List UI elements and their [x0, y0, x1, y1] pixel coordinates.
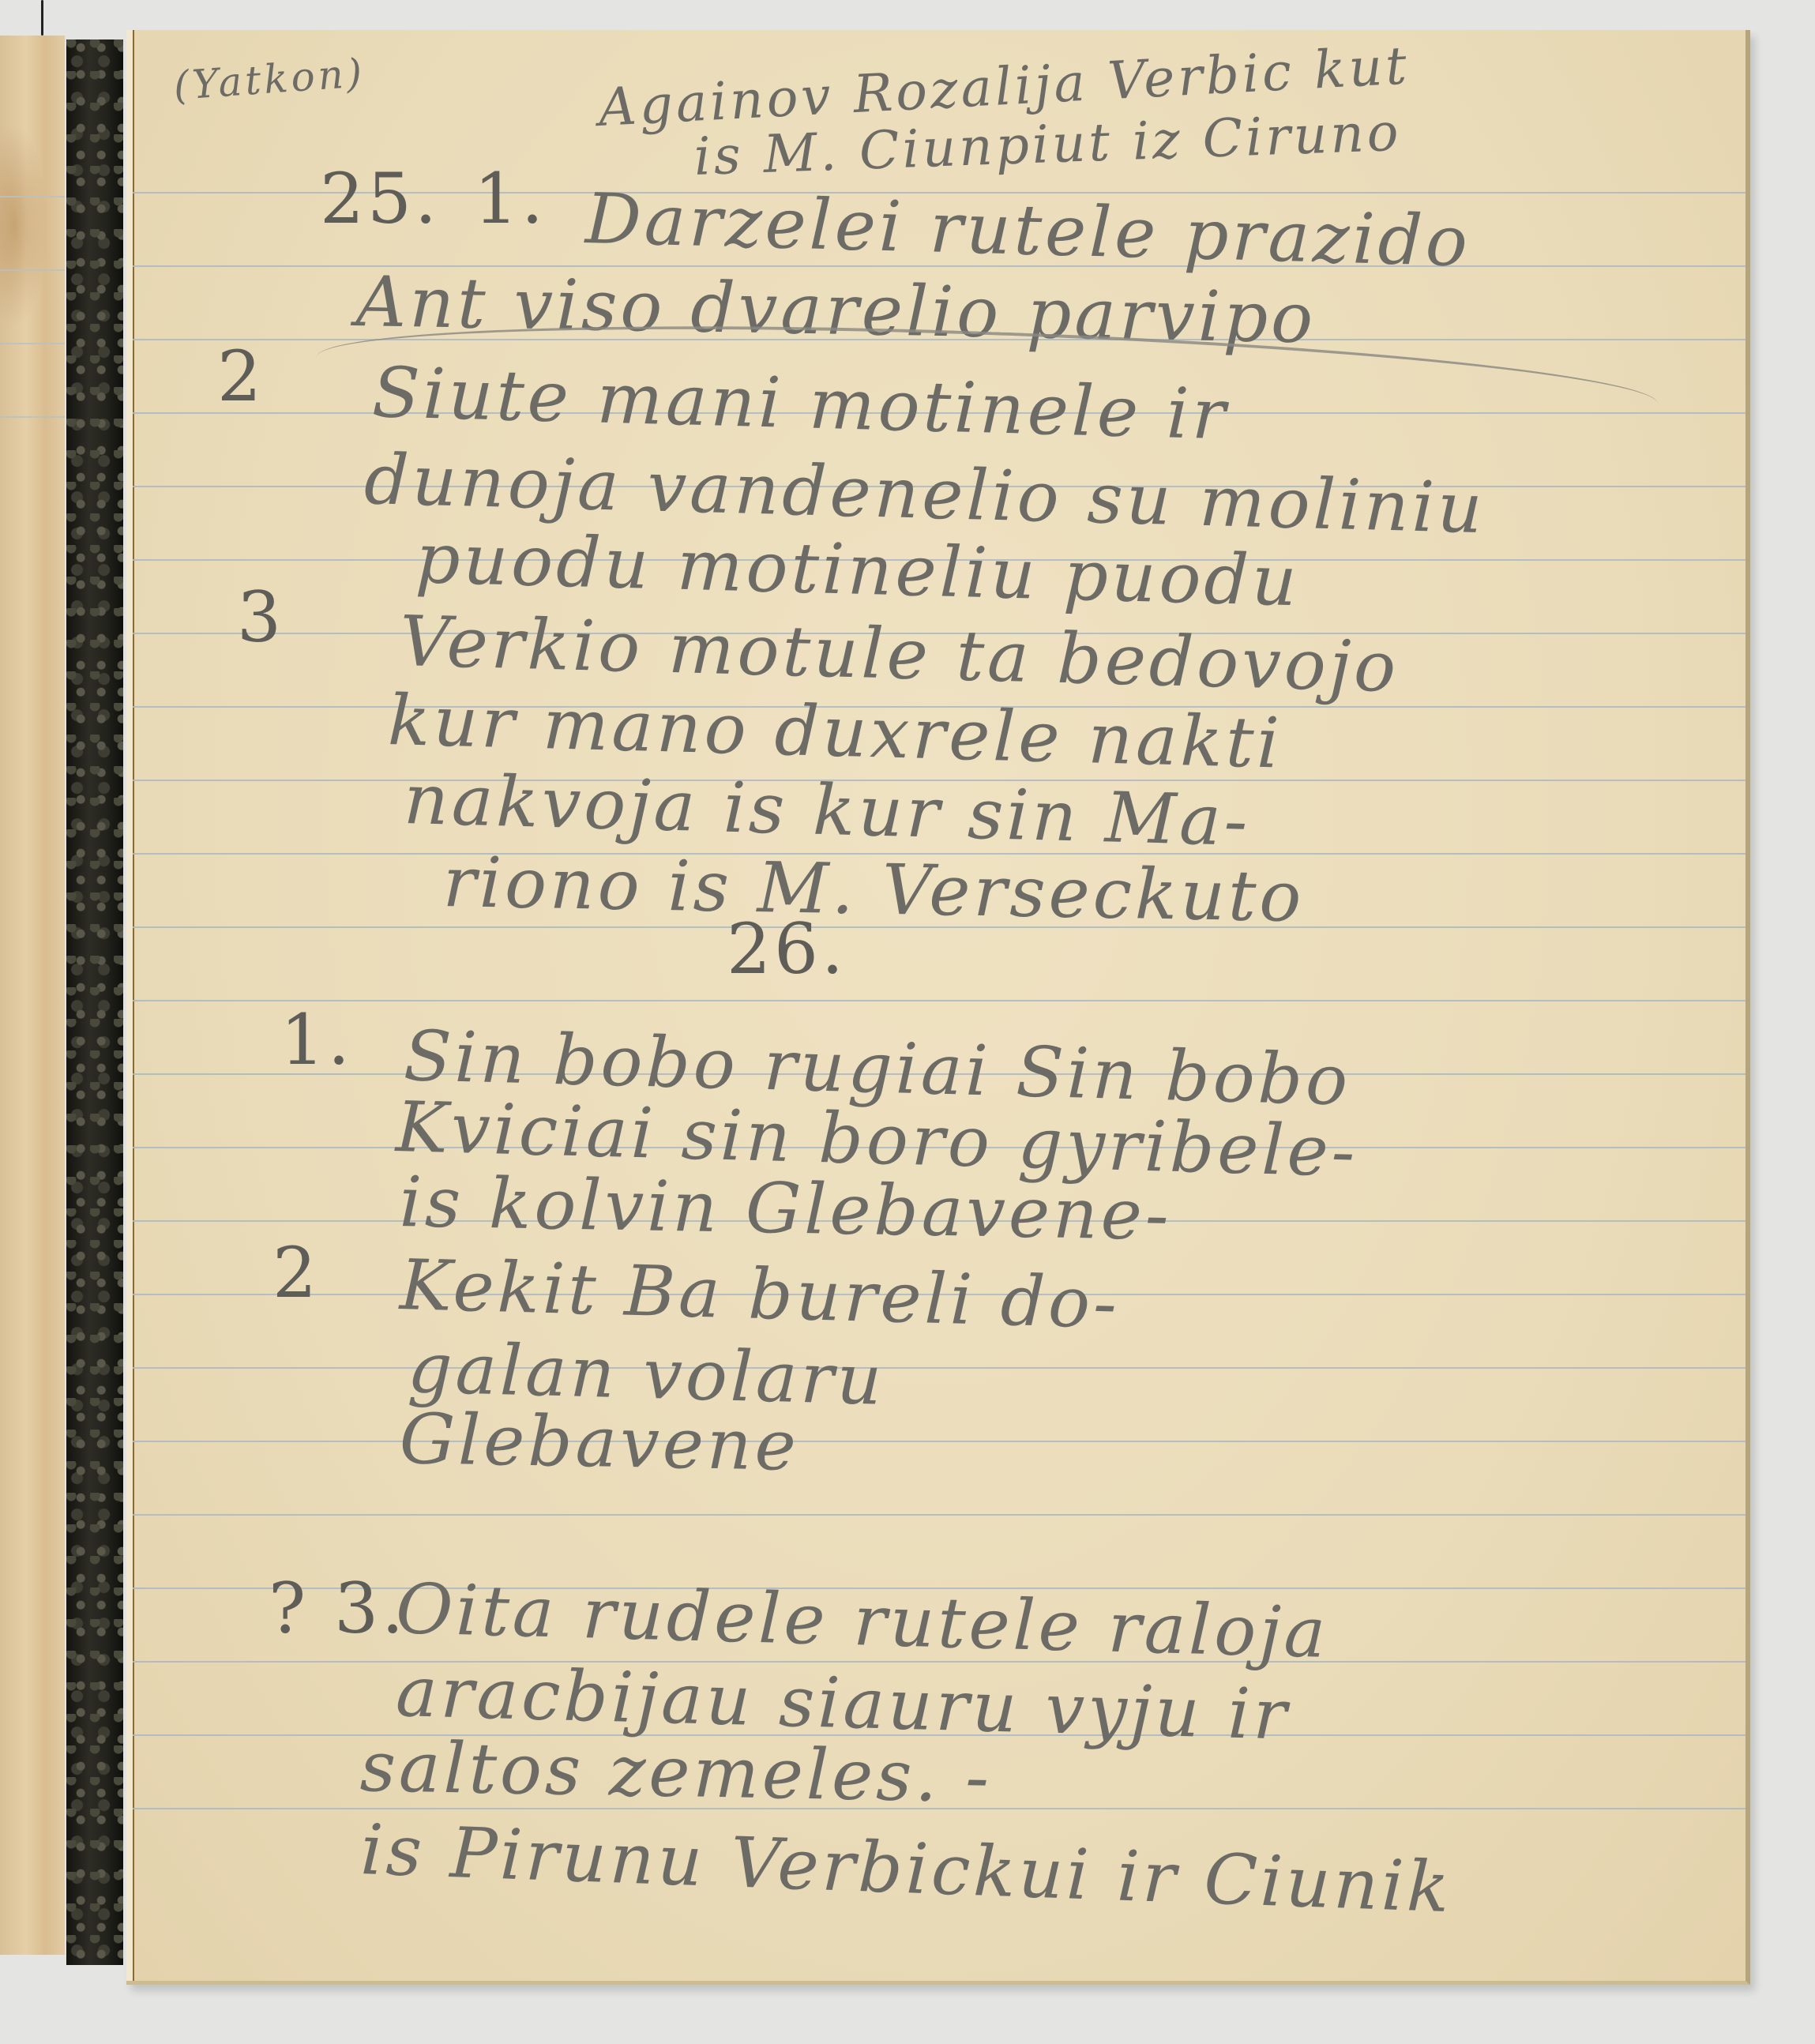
- date-number-25: 25.: [320, 158, 440, 239]
- verse-line: saltos zemeles. -: [359, 1726, 993, 1818]
- item-number: 3: [237, 577, 284, 658]
- item-number: 2: [217, 336, 265, 417]
- water-stain: [0, 122, 47, 328]
- verse-line: is kolvin Glebavene-: [399, 1161, 1172, 1256]
- rule-line: [133, 1367, 1745, 1369]
- rule-line: [0, 343, 65, 344]
- item-number: 1.: [474, 158, 547, 239]
- notebook-spine: [66, 39, 123, 1965]
- left-page-edge: [0, 36, 65, 1955]
- page-inner-edge: [126, 30, 134, 1981]
- item-number: ? 3.: [269, 1568, 407, 1649]
- binding-thread: [41, 0, 43, 36]
- item-number: 2: [272, 1232, 320, 1313]
- date-number-26: 26.: [727, 908, 847, 990]
- verse-line: riono is M. Verseckuto: [442, 841, 1305, 937]
- rule-line: [0, 196, 65, 197]
- item-number: 1.: [280, 999, 353, 1080]
- rule-line: [0, 269, 65, 271]
- rule-line: [133, 1000, 1745, 1001]
- rule-line: [133, 1441, 1745, 1442]
- verse-line: Glebavene: [399, 1398, 800, 1486]
- rule-line: [133, 1514, 1745, 1516]
- rule-line: [0, 416, 65, 418]
